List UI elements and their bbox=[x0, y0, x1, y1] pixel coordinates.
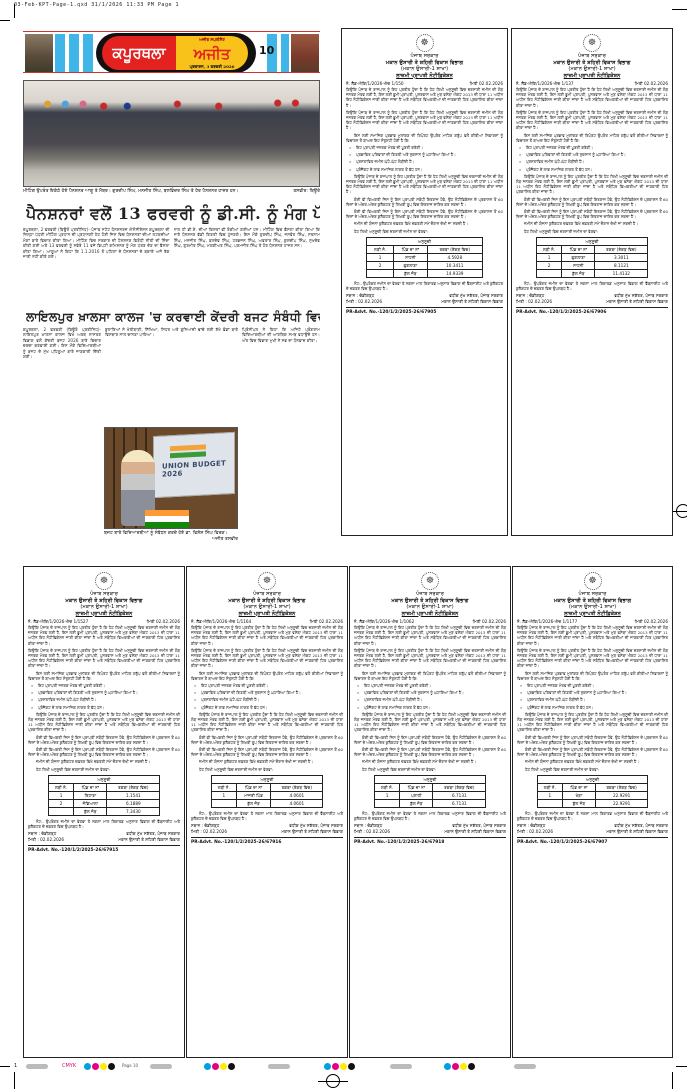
table-cell: ਸਾਹਨੀ bbox=[562, 261, 595, 269]
notice-body: ਇਸ ਲਈ ਸਮਾਜਿਕ ਪ੍ਰਭਾਵ ਮੁਲਾਂਕਣ ਦੀ ਰਿਪੋਰਟ ਉਪ… bbox=[354, 671, 506, 681]
notice-list-item: ਇਹ ਪ੍ਰਾਪਤੀ ਜਨਤਕ ਮੰਤਵ ਦੀ ਪੂਰਤੀ ਕਰੇਗੀ। bbox=[356, 145, 503, 150]
table-cell: 4.5928 bbox=[428, 253, 483, 261]
total-label: ਕੁੱਲ ਜੋੜ bbox=[562, 799, 595, 807]
print-slug: 03-Feb-KPT-Page-1.qxd 31/1/2026 11:33 PM… bbox=[14, 2, 179, 8]
notice-list-item: ਪ੍ਰਸਤਾਵਿਤ ਜ਼ਮੀਨ ਘੱਟੋ-ਘੱਟ ਲੋੜੀਂਦੀ ਹੈ। bbox=[527, 697, 668, 702]
masthead: ਕਪੂਰਥਲਾ ਅਜੀਤ ਸਪਲੀਮੈਂਟ ਅਜੀਤ ਪ੍ਰਕਾਸ਼ਨ, 3 ਫ… bbox=[23, 31, 320, 73]
total-label: ਕੁੱਲ ਜੋੜ bbox=[74, 807, 107, 815]
punjab-emblem-icon: ☸ bbox=[416, 34, 434, 52]
pr-advt-number: PR-Advt. No.-120/1/2/2025-26/67918 bbox=[354, 837, 506, 845]
pr-advt-number: PR-Advt. No.-120/1/2/2025-26/67915 bbox=[28, 845, 180, 853]
masthead-logo: ਕਪੂਰਥਲਾ ਅਜੀਤ ਸਪਲੀਮੈਂਟ ਅਜੀਤ ਪ੍ਰਕਾਸ਼ਨ, 3 ਫ… bbox=[96, 33, 256, 73]
notice-body: ਕਿਉਂਕਿ ਪੰਜਾਬ ਦੇ ਰਾਜਪਾਲ ਨੂੰ ਇਹ ਪ੍ਰਤੀਤ ਹੁੰ… bbox=[28, 625, 180, 646]
column-header: ਲੜੀ ਨੰ. bbox=[48, 783, 74, 791]
table-cell: 2 bbox=[48, 799, 74, 807]
page-number: 10 bbox=[259, 44, 274, 57]
column-header: ਲੜੀ ਨੰ. bbox=[537, 783, 562, 791]
table-header-row: ਲੜੀ ਨੰ. ਪਿੰਡ ਦਾ ਨਾਂ ਰਕਬਾ (ਏਕੜ ਵਿਚ) bbox=[367, 245, 482, 253]
notice-ref: ਨੰ. ਲੈਂਡ-ਐਕਿ/1/2026-ਐਚ 1/137 bbox=[516, 81, 574, 86]
notice-body: ਕਿਉਂਕਿ ਪੰਜਾਬ ਦੇ ਰਾਜਪਾਲ ਨੂੰ ਇਹ ਪ੍ਰਤੀਤ ਹੁੰ… bbox=[517, 625, 668, 646]
table-total-row: ਕੁੱਲ ਜੋੜ 22.9291 bbox=[537, 799, 648, 807]
notice-list-item: ਪ੍ਰਸਤਾਵਿਤ ਜ਼ਮੀਨ ਘੱਟੋ-ਘੱਟ ਲੋੜੀਂਦੀ ਹੈ। bbox=[38, 697, 180, 702]
table-cell bbox=[367, 269, 393, 277]
table-header-row: ਲੜੀ ਨੰ. ਪਿੰਡ ਦਾ ਨਾਂ ਰਕਬਾ (ਏਕੜ ਵਿਚ) bbox=[211, 783, 322, 791]
notice-body: ਕੋਈ ਵੀ ਵਿਅਕਤੀ ਜਿਸ ਨੂੰ ਇਸ ਪ੍ਰਾਪਤੀ ਸਬੰਧੀ ਇ… bbox=[516, 197, 668, 207]
total-label: ਕੁੱਲ ਜੋੜ bbox=[562, 269, 595, 277]
table-cell bbox=[374, 799, 400, 807]
notice-body: ਹੇਠ ਲਿਖੀ ਅਨੁਸੂਚੀ ਵਿਚ ਦਰਸਾਈ ਜ਼ਮੀਨ ਦਾ ਵੇਰਵ… bbox=[516, 229, 668, 234]
land-acquisition-notice: ☸ ਪੰਜਾਬ ਸਰਕਾਰ ਮਕਾਨ ਉਸਾਰੀ ਤੇ ਸ਼ਹਿਰੀ ਵਿਕਾਸ… bbox=[511, 28, 673, 536]
notice-body: ਕਿਉਂਕਿ ਪੰਜਾਬ ਦੇ ਰਾਜਪਾਲ ਨੂੰ ਇਹ ਪ੍ਰਤੀਤ ਹੁੰ… bbox=[346, 110, 503, 131]
column-header: ਪਿੰਡ ਦਾ ਨਾਂ bbox=[74, 783, 107, 791]
notice-list: ਇਹ ਪ੍ਰਾਪਤੀ ਜਨਤਕ ਮੰਤਵ ਦੀ ਪੂਰਤੀ ਕਰੇਗੀ। ਪ੍ਰ… bbox=[191, 683, 343, 710]
notice-title: ਲਾਜ਼ਮੀ ਪ੍ਰਾਪਤੀ ਨੋਟੀਫ਼ਿਕੇਸ਼ਨ bbox=[516, 73, 668, 80]
notice-body: ਕਿਉਂਕਿ ਪੰਜਾਬ ਦੇ ਰਾਜਪਾਲ ਨੂੰ ਇਹ ਪ੍ਰਤੀਤ ਹੁੰ… bbox=[517, 712, 668, 733]
table-cell: ਮਾਜਰੀ ਪਿੰਡ bbox=[236, 791, 271, 799]
notice-list-item: ਪ੍ਰਭਾਵਿਤ ਪਰਿਵਾਰਾਂ ਦੀ ਗਿਣਤੀ ਅਤੇ ਨੁਕਸਾਨ ਨੂ… bbox=[364, 690, 506, 695]
notice-ref: ਨੰ. ਲੈਂਡ-ਐਕਿ/1/2026-ਐਚ 1/1164 bbox=[191, 619, 251, 624]
total-value: 7.3430 bbox=[107, 807, 160, 815]
notice-body: ਜ਼ਮੀਨ ਦੀ ਯੋਜਨਾ ਕੁਲੈਕਟਰ ਦਫ਼ਤਰ ਵਿਖੇ ਦਫ਼ਤਰੀ… bbox=[346, 221, 503, 226]
notice-ref-row: ਨੰ. ਲੈਂਡ-ਐਕਿ/1/2026-ਐਚ 1/1062 ਮਿਤੀ 02.02… bbox=[354, 619, 506, 624]
table-total-row: ਕੁੱਲ ਜੋੜ 4.0601 bbox=[211, 799, 322, 807]
masthead-paper: ਅਜੀਤ ਸਪਲੀਮੈਂਟ ਅਜੀਤ ਪ੍ਰਕਾਸ਼ਨ, 3 ਫਰਵਰੀ 202… bbox=[176, 36, 248, 70]
color-dot bbox=[460, 1063, 467, 1070]
notice-list-item: ਪ੍ਰੋਜੈਕਟ ਦੇ ਲਾਭ ਸਮਾਜਿਕ ਲਾਗਤ ਤੋਂ ਵੱਧ ਹਨ। bbox=[201, 705, 343, 710]
notice-list: ਇਹ ਪ੍ਰਾਪਤੀ ਜਨਤਕ ਮੰਤਵ ਦੀ ਪੂਰਤੀ ਕਰੇਗੀ। ਪ੍ਰ… bbox=[346, 145, 503, 172]
notice-body: ਕਿਉਂਕਿ ਪੰਜਾਬ ਦੇ ਰਾਜਪਾਲ ਨੂੰ ਇਹ ਪ੍ਰਤੀਤ ਹੁੰ… bbox=[516, 87, 668, 108]
table-cell: 22.9291 bbox=[595, 791, 647, 799]
notice-list: ਇਹ ਪ੍ਰਾਪਤੀ ਜਨਤਕ ਮੰਤਵ ਦੀ ਪੂਰਤੀ ਕਰੇਗੀ। ਪ੍ਰ… bbox=[517, 683, 668, 710]
photo-credit: ਤਸਵੀਰ: ਬਿਊਰੋ bbox=[293, 189, 320, 195]
signature-row: ਮਿਤੀ : 02.02.2026 ਮਕਾਨ ਉਸਾਰੀ ਤੇ ਸ਼ਹਿਰੀ ਵ… bbox=[191, 829, 343, 834]
cmyk-dots bbox=[204, 1063, 235, 1070]
notice-list: ਇਹ ਪ੍ਰਾਪਤੀ ਜਨਤਕ ਮੰਤਵ ਦੀ ਪੂਰਤੀ ਕਰੇਗੀ। ਪ੍ਰ… bbox=[354, 683, 506, 710]
notice-list-item: ਇਹ ਪ੍ਰਾਪਤੀ ਜਨਤਕ ਮੰਤਵ ਦੀ ਪੂਰਤੀ ਕਰੇਗੀ। bbox=[526, 145, 668, 150]
table-cell: 10.3411 bbox=[428, 261, 483, 269]
notice-list-item: ਪ੍ਰਸਤਾਵਿਤ ਜ਼ਮੀਨ ਘੱਟੋ-ਘੱਟ ਲੋੜੀਂਦੀ ਹੈ। bbox=[201, 697, 343, 702]
schedule-table: ਅਨੁਸੂਚੀ ਲੜੀ ਨੰ. ਪਿੰਡ ਦਾ ਨਾਂ ਰਕਬਾ (ਏਕੜ ਵਿ… bbox=[48, 775, 160, 816]
column-header: ਪਿੰਡ ਦਾ ਨਾਂ bbox=[400, 783, 433, 791]
masthead-date: ਪ੍ਰਕਾਸ਼ਨ, 3 ਫਰਵਰੀ 2026 bbox=[176, 64, 248, 69]
table-cell: 4.0601 bbox=[271, 791, 323, 799]
pr-advt-number: PR-Advt. No.-120/1/2/2025-26/67905 bbox=[346, 307, 503, 315]
schedule-table: ਅਨੁਸੂਚੀ ਲੜੀ ਨੰ. ਪਿੰਡ ਦਾ ਨਾਂ ਰਕਬਾ (ਏਕੜ ਵਿ… bbox=[537, 775, 649, 808]
headline-pensioners: ਪੈਨਸ਼ਨਰਾਂ ਵਲੋਂ 13 ਫਰਵਰੀ ਨੂੰ ਡੀ.ਸੀ. ਨੂੰ ਮ… bbox=[26, 204, 320, 224]
signer-dept: ਮਕਾਨ ਉਸਾਰੀ ਤੇ ਸ਼ਹਿਰੀ ਵਿਕਾਸ ਵਿਭਾਗ bbox=[606, 299, 668, 304]
notice-body: ਕੋਈ ਵੀ ਵਿਅਕਤੀ ਜਿਸ ਨੂੰ ਇਸ ਪ੍ਰਾਪਤੀ ਸਬੰਧੀ ਇ… bbox=[346, 197, 503, 207]
crop-mark bbox=[672, 9, 687, 10]
notice-date: ਮਿਤੀ 02.02.2026 bbox=[147, 619, 180, 624]
color-dot bbox=[84, 1063, 91, 1070]
table-cell: ਖੇੜਾ bbox=[562, 791, 595, 799]
masthead-left-photo bbox=[25, 34, 53, 72]
column-header: ਰਕਬਾ (ਏਕੜ ਵਿਚ) bbox=[595, 783, 647, 791]
table-cell: 1 bbox=[537, 791, 562, 799]
gray-swatch bbox=[390, 1064, 412, 1069]
notice-list: ਇਹ ਪ੍ਰਾਪਤੀ ਜਨਤਕ ਮੰਤਵ ਦੀ ਪੂਰਤੀ ਕਰੇਗੀ। ਪ੍ਰ… bbox=[28, 683, 180, 710]
table-cell: 1 bbox=[536, 253, 562, 261]
table-row: 1ਮਾਜਰੀ ਪਿੰਡ4.0601 bbox=[211, 791, 322, 799]
cmyk-dots bbox=[324, 1063, 355, 1070]
cmyk-dots bbox=[444, 1063, 475, 1070]
story1-column: ਨਾਲ ਹੀ ਡੀ.ਏ. ਦੀਆਂ ਕਿਸ਼ਤਾਂ ਵੀ ਰੋਕੀਆਂ ਗਈਆਂ… bbox=[174, 227, 321, 307]
table-cell: ਪਲਾਹੀ bbox=[400, 791, 433, 799]
color-dot bbox=[220, 1063, 227, 1070]
table-row: 1ਫ਼ੁਗਲਾਣਾ3.3011 bbox=[536, 253, 647, 261]
table-cell bbox=[536, 269, 562, 277]
notice-list-item: ਪ੍ਰਭਾਵਿਤ ਪਰਿਵਾਰਾਂ ਦੀ ਗਿਣਤੀ ਅਤੇ ਨੁਕਸਾਨ ਨੂ… bbox=[356, 152, 503, 157]
table-total-row: ਕੁੱਲ ਜੋੜ 11.4132 bbox=[536, 269, 647, 277]
color-dot bbox=[332, 1063, 339, 1070]
crop-mark bbox=[0, 20, 10, 21]
schedule-table: ਅਨੁਸੂਚੀ ਲੜੀ ਨੰ. ਪਿੰਡ ਦਾ ਨਾਂ ਰਕਬਾ (ਏਕੜ ਵਿ… bbox=[536, 237, 648, 278]
column-header: ਲੜੀ ਨੰ. bbox=[211, 783, 236, 791]
story2-column: ਕਪੂਰਥਲਾ, 2 ਫਰਵਰੀ (ਬਿਊਰੋ ਪ੍ਰਤੀਨਿਧ)- ਲਾਇਲਪ… bbox=[23, 327, 101, 557]
punjab-emblem-icon: ☸ bbox=[95, 572, 113, 590]
table-cell: 2 bbox=[536, 261, 562, 269]
notice-note: ਨੋਟ:- ਉਪਰੋਕਤ ਜ਼ਮੀਨ ਦਾ ਵੇਰਵਾ ਤੇ ਨਕਸ਼ਾ ਮਾਲ… bbox=[28, 819, 180, 829]
slide-graphic bbox=[170, 451, 206, 458]
registration-crosshair bbox=[672, 511, 687, 512]
total-value: 22.9291 bbox=[595, 799, 647, 807]
column-header: ਰਕਬਾ (ਏਕੜ ਵਿਚ) bbox=[428, 245, 483, 253]
page-label: Page 10 bbox=[122, 1063, 138, 1068]
notice-sign-date: ਮਿਤੀ : 02.02.2026 bbox=[346, 299, 382, 304]
table-cell: ਜੰਡਿਆਲਾ bbox=[74, 799, 107, 807]
notice-sign-date: ਮਿਤੀ : 02.02.2026 bbox=[517, 829, 553, 834]
notice-list-item: ਇਹ ਪ੍ਰਾਪਤੀ ਜਨਤਕ ਮੰਤਵ ਦੀ ਪੂਰਤੀ ਕਰੇਗੀ। bbox=[38, 683, 180, 688]
notice-body: ਕੋਈ ਵੀ ਵਿਅਕਤੀ ਜਿਸ ਨੂੰ ਇਸ ਪ੍ਰਾਪਤੀ ਸਬੰਧੀ ਇ… bbox=[346, 209, 503, 219]
page-indicator: 1 bbox=[14, 1063, 17, 1069]
projector-screen: UNION BUDGET 2026 bbox=[153, 432, 235, 498]
cmyk-dots bbox=[84, 1063, 115, 1070]
notice-list: ਇਹ ਪ੍ਰਾਪਤੀ ਜਨਤਕ ਮੰਤਵ ਦੀ ਪੂਰਤੀ ਕਰੇਗੀ। ਪ੍ਰ… bbox=[516, 145, 668, 172]
column-header: ਲੜੀ ਨੰ. bbox=[536, 245, 562, 253]
column-header: ਪਿੰਡ ਦਾ ਨਾਂ bbox=[562, 783, 595, 791]
notice-body: ਕੋਈ ਵੀ ਵਿਅਕਤੀ ਜਿਸ ਨੂੰ ਇਸ ਪ੍ਰਾਪਤੀ ਸਬੰਧੀ ਇ… bbox=[191, 735, 343, 745]
signature-row: ਮਿਤੀ : 02.02.2026 ਮਕਾਨ ਉਸਾਰੀ ਤੇ ਸ਼ਹਿਰੀ ਵ… bbox=[517, 829, 668, 834]
table-cell: ਫ਼ੁਗਲਾਣਾ bbox=[562, 253, 595, 261]
total-label: ਕੁੱਲ ਜੋੜ bbox=[236, 799, 271, 807]
notice-body: ਹੇਠ ਲਿਖੀ ਅਨੁਸੂਚੀ ਵਿਚ ਦਰਸਾਈ ਜ਼ਮੀਨ ਦਾ ਵੇਰਵ… bbox=[28, 767, 180, 772]
land-acquisition-notice: ☸ ਪੰਜਾਬ ਸਰਕਾਰ ਮਕਾਨ ਉਸਾਰੀ ਤੇ ਸ਼ਹਿਰੀ ਵਿਕਾਸ… bbox=[349, 566, 511, 1058]
budget-lecture-photo: UNION BUDGET 2026 bbox=[104, 427, 238, 529]
signer-dept: ਮਕਾਨ ਉਸਾਰੀ ਤੇ ਸ਼ਹਿਰੀ ਵਿਕਾਸ ਵਿਭਾਗ bbox=[441, 299, 503, 304]
schedule-table: ਅਨੁਸੂਚੀ ਲੜੀ ਨੰ. ਪਿੰਡ ਦਾ ਨਾਂ ਰਕਬਾ (ਏਕੜ ਵਿ… bbox=[374, 775, 486, 808]
total-value: 4.0601 bbox=[271, 799, 323, 807]
signer-dept: ਮਕਾਨ ਉਸਾਰੀ ਤੇ ਸ਼ਹਿਰੀ ਵਿਕਾਸ ਵਿਭਾਗ bbox=[444, 829, 506, 834]
crop-mark bbox=[672, 1072, 673, 1089]
notice-body: ਕੋਈ ਵੀ ਵਿਅਕਤੀ ਜਿਸ ਨੂੰ ਇਸ ਪ੍ਰਾਪਤੀ ਸਬੰਧੀ ਇ… bbox=[517, 735, 668, 745]
land-acquisition-notice: ☸ ਪੰਜਾਬ ਸਰਕਾਰ ਮਕਾਨ ਉਸਾਰੀ ਤੇ ਸ਼ਹਿਰੀ ਵਿਕਾਸ… bbox=[512, 566, 673, 1058]
total-value: 6.7131 bbox=[433, 799, 486, 807]
color-dot bbox=[324, 1063, 331, 1070]
table-cell: 2 bbox=[367, 261, 393, 269]
table-header-row: ਲੜੀ ਨੰ. ਪਿੰਡ ਦਾ ਨਾਂ ਰਕਬਾ (ਏਕੜ ਵਿਚ) bbox=[536, 245, 647, 253]
gray-swatch bbox=[514, 1064, 536, 1069]
notice-list-item: ਇਹ ਪ੍ਰਾਪਤੀ ਜਨਤਕ ਮੰਤਵ ਦੀ ਪੂਰਤੀ ਕਰੇਗੀ। bbox=[364, 683, 506, 688]
table-caption: ਅਨੁਸੂਚੀ bbox=[211, 775, 323, 783]
notice-ref-row: ਨੰ. ਲੈਂਡ-ਐਕਿ/1/2026-ਐਚ 1/150 ਮਿਤੀ 02.02.… bbox=[346, 81, 503, 86]
table-cell: 3.3011 bbox=[595, 253, 648, 261]
table-header-row: ਲੜੀ ਨੰ. ਪਿੰਡ ਦਾ ਨਾਂ ਰਕਬਾ (ਏਕੜ ਵਿਚ) bbox=[537, 783, 648, 791]
notice-body: ਜ਼ਮੀਨ ਦੀ ਯੋਜਨਾ ਕੁਲੈਕਟਰ ਦਫ਼ਤਰ ਵਿਖੇ ਦਫ਼ਤਰੀ… bbox=[28, 759, 180, 764]
table-cell bbox=[48, 807, 74, 815]
caption-text: ਮੀਟਿੰਗ ਉਪਰੰਤ ਇਕੱਠੇ ਹੋਏ ਪੈਨਸ਼ਨਰ ਆਗੂ ਤੇ ਮੈ… bbox=[23, 189, 239, 194]
notice-list-item: ਇਹ ਪ੍ਰਾਪਤੀ ਜਨਤਕ ਮੰਤਵ ਦੀ ਪੂਰਤੀ ਕਰੇਗੀ। bbox=[527, 683, 668, 688]
total-value: 14.9339 bbox=[428, 269, 483, 277]
notice-date: ਮਿਤੀ 02.02.2026 bbox=[473, 619, 506, 624]
punjab-emblem-icon: ☸ bbox=[583, 34, 601, 52]
color-dot bbox=[452, 1063, 459, 1070]
schedule-table: ਅਨੁਸੂਚੀ ਲੜੀ ਨੰ. ਪਿੰਡ ਦਾ ਨਾਂ ਰਕਬਾ (ਏਕੜ ਵਿ… bbox=[211, 775, 323, 808]
table-header-row: ਲੜੀ ਨੰ. ਪਿੰਡ ਦਾ ਨਾਂ ਰਕਬਾ (ਏਕੜ ਵਿਚ) bbox=[374, 783, 485, 791]
signature-row: ਮਿਤੀ : 02.02.2026 ਮਕਾਨ ਉਸਾਰੀ ਤੇ ਸ਼ਹਿਰੀ ਵ… bbox=[354, 829, 506, 834]
photo-caption: ਬਜਟ ਬਾਰੇ ਵਿਦਿਆਰਥੀਆਂ ਨੂੰ ਸੰਬੋਧਨ ਕਰਦੇ ਹੋਏ … bbox=[104, 531, 238, 543]
notice-body: ਕਿਉਂਕਿ ਪੰਜਾਬ ਦੇ ਰਾਜਪਾਲ ਨੂੰ ਇਹ ਪ੍ਰਤੀਤ ਹੁੰ… bbox=[517, 648, 668, 669]
notice-note: ਨੋਟ:- ਉਪਰੋਕਤ ਜ਼ਮੀਨ ਦਾ ਵੇਰਵਾ ਤੇ ਨਕਸ਼ਾ ਮਾਲ… bbox=[517, 811, 668, 821]
notice-date: ਮਿਤੀ 02.02.2026 bbox=[635, 619, 668, 624]
crop-mark bbox=[0, 1066, 10, 1067]
table-cell: ਸਾਹਨੀ bbox=[393, 253, 427, 261]
notice-body: ਹੇਠ ਲਿਖੀ ਅਨੁਸੂਚੀ ਵਿਚ ਦਰਸਾਈ ਜ਼ਮੀਨ ਦਾ ਵੇਰਵ… bbox=[191, 767, 343, 772]
gray-swatch bbox=[268, 1064, 290, 1069]
column-header: ਰਕਬਾ (ਏਕੜ ਵਿਚ) bbox=[595, 245, 648, 253]
table-cell: ਰਿਹਾਣਾ bbox=[74, 791, 107, 799]
notice-date: ਮਿਤੀ 02.02.2026 bbox=[310, 619, 343, 624]
notice-body: ਇਸ ਲਈ ਸਮਾਜਿਕ ਪ੍ਰਭਾਵ ਮੁਲਾਂਕਣ ਦੀ ਰਿਪੋਰਟ ਉਪ… bbox=[28, 671, 180, 681]
table-caption: ਅਨੁਸੂਚੀ bbox=[536, 237, 648, 245]
table-total-row: ਕੁੱਲ ਜੋੜ 6.7131 bbox=[374, 799, 485, 807]
table-total-row: ਕੁੱਲ ਜੋੜ 14.9339 bbox=[367, 269, 482, 277]
notice-note: ਨੋਟ:- ਉਪਰੋਕਤ ਜ਼ਮੀਨ ਦਾ ਵੇਰਵਾ ਤੇ ਨਕਸ਼ਾ ਮਾਲ… bbox=[191, 811, 343, 821]
table-caption: ਅਨੁਸੂਚੀ bbox=[537, 775, 649, 783]
masthead-pattern-left bbox=[55, 34, 95, 72]
signer-dept: ਮਕਾਨ ਉਸਾਰੀ ਤੇ ਸ਼ਹਿਰੀ ਵਿਕਾਸ ਵਿਭਾਗ bbox=[606, 829, 668, 834]
notice-body: ਕੋਈ ਵੀ ਵਿਅਕਤੀ ਜਿਸ ਨੂੰ ਇਸ ਪ੍ਰਾਪਤੀ ਸਬੰਧੀ ਇ… bbox=[191, 747, 343, 757]
notice-ref-row: ਨੰ. ਲੈਂਡ-ਐਕਿ/1/2026-ਐਚ 1/1177 ਮਿਤੀ 02.02… bbox=[517, 619, 668, 624]
print-color-bar: 1 CMYK Page 10 bbox=[14, 1063, 674, 1071]
notice-note: ਨੋਟ:- ਉਪਰੋਕਤ ਜ਼ਮੀਨ ਦਾ ਵੇਰਵਾ ਤੇ ਨਕਸ਼ਾ ਮਾਲ… bbox=[346, 281, 503, 291]
notice-body: ਹੇਠ ਲਿਖੀ ਅਨੁਸੂਚੀ ਵਿਚ ਦਰਸਾਈ ਜ਼ਮੀਨ ਦਾ ਵੇਰਵ… bbox=[517, 767, 668, 772]
table-header-row: ਲੜੀ ਨੰ. ਪਿੰਡ ਦਾ ਨਾਂ ਰਕਬਾ (ਏਕੜ ਵਿਚ) bbox=[48, 783, 159, 791]
color-dot bbox=[444, 1063, 451, 1070]
notice-body: ਕਿਉਂਕਿ ਪੰਜਾਬ ਦੇ ਰਾਜਪਾਲ ਨੂੰ ਇਹ ਪ੍ਰਤੀਤ ਹੁੰ… bbox=[346, 87, 503, 108]
pr-advt-number: PR-Advt. No.-120/1/2/2025-26/67916 bbox=[191, 837, 343, 845]
slide-graphic bbox=[170, 444, 206, 451]
headline-budget: ਲਾਇਲਪੁਰ ਖ਼ਾਲਸਾ ਕਾਲਜ 'ਚ ਕਰਵਾਈ ਕੇਂਦਰੀ ਬਜਟ … bbox=[26, 310, 320, 325]
total-label: ਕੁੱਲ ਜੋੜ bbox=[400, 799, 433, 807]
notice-list-item: ਪ੍ਰਭਾਵਿਤ ਪਰਿਵਾਰਾਂ ਦੀ ਗਿਣਤੀ ਅਤੇ ਨੁਕਸਾਨ ਨੂ… bbox=[38, 690, 180, 695]
masthead-paper-name: ਅਜੀਤ bbox=[194, 45, 231, 63]
notice-body: ਇਸ ਲਈ ਸਮਾਜਿਕ ਪ੍ਰਭਾਵ ਮੁਲਾਂਕਣ ਦੀ ਰਿਪੋਰਟ ਉਪ… bbox=[517, 671, 668, 681]
notice-list-item: ਪ੍ਰੋਜੈਕਟ ਦੇ ਲਾਭ ਸਮਾਜਿਕ ਲਾਗਤ ਤੋਂ ਵੱਧ ਹਨ। bbox=[38, 705, 180, 710]
table-cell: 1 bbox=[367, 253, 393, 261]
table-row: 1ਖੇੜਾ22.9291 bbox=[537, 791, 648, 799]
notice-body: ਕੋਈ ਵੀ ਵਿਅਕਤੀ ਜਿਸ ਨੂੰ ਇਸ ਪ੍ਰਾਪਤੀ ਸਬੰਧੀ ਇ… bbox=[354, 747, 506, 757]
notice-ref: ਨੰ. ਲੈਂਡ-ਐਕਿ/1/2026-ਐਚ 1/1062 bbox=[354, 619, 414, 624]
schedule-table: ਅਨੁਸੂਚੀ ਲੜੀ ਨੰ. ਪਿੰਡ ਦਾ ਨਾਂ ਰਕਬਾ (ਏਕੜ ਵਿ… bbox=[366, 237, 482, 278]
notice-ref-row: ਨੰ. ਲੈਂਡ-ਐਕਿ/1/2026-ਐਚ 1/1527 ਮਿਤੀ 02.02… bbox=[28, 619, 180, 624]
gray-swatch bbox=[150, 1064, 172, 1069]
punjab-emblem-icon: ☸ bbox=[421, 572, 439, 590]
pensioners-group-photo bbox=[23, 80, 320, 187]
notice-title: ਲਾਜ਼ਮੀ ਪ੍ਰਾਪਤੀ ਨੋਟੀਫ਼ਿਕੇਸ਼ਨ bbox=[191, 611, 343, 618]
notice-title: ਲਾਜ਼ਮੀ ਪ੍ਰਾਪਤੀ ਨੋਟੀਫ਼ਿਕੇਸ਼ਨ bbox=[28, 611, 180, 618]
table-caption: ਅਨੁਸੂਚੀ bbox=[366, 237, 482, 245]
notice-body: ਕਿਉਂਕਿ ਪੰਜਾਬ ਦੇ ਰਾਜਪਾਲ ਨੂੰ ਇਹ ਪ੍ਰਤੀਤ ਹੁੰ… bbox=[346, 174, 503, 195]
notice-sign-date: ਮਿਤੀ : 02.02.2026 bbox=[28, 837, 64, 842]
notice-body: ਇਸ ਲਈ ਸਮਾਜਿਕ ਪ੍ਰਭਾਵ ਮੁਲਾਂਕਣ ਦੀ ਰਿਪੋਰਟ ਉਪ… bbox=[191, 671, 343, 681]
signature-row: ਮਿਤੀ : 02.02.2026 ਮਕਾਨ ਉਸਾਰੀ ਤੇ ਸ਼ਹਿਰੀ ਵ… bbox=[28, 837, 180, 842]
notice-body: ਕਿਉਂਕਿ ਪੰਜਾਬ ਦੇ ਰਾਜਪਾਲ ਨੂੰ ਇਹ ਪ੍ਰਤੀਤ ਹੁੰ… bbox=[28, 648, 180, 669]
total-value: 11.4132 bbox=[595, 269, 648, 277]
table-row: 2ਸਾਹਨੀ8.1121 bbox=[536, 261, 647, 269]
notice-body: ਇਸ ਲਈ ਸਮਾਜਿਕ ਪ੍ਰਭਾਵ ਮੁਲਾਂਕਣ ਦੀ ਰਿਪੋਰਟ ਉਪ… bbox=[516, 133, 668, 143]
notice-ref: ਨੰ. ਲੈਂਡ-ਐਕਿ/1/2026-ਐਚ 1/1527 bbox=[28, 619, 88, 624]
notice-body: ਇਸ ਲਈ ਸਮਾਜਿਕ ਪ੍ਰਭਾਵ ਮੁਲਾਂਕਣ ਦੀ ਰਿਪੋਰਟ ਉਪ… bbox=[346, 133, 503, 143]
table-total-row: ਕੁੱਲ ਜੋੜ 7.3430 bbox=[48, 807, 159, 815]
column-header: ਪਿੰਡ ਦਾ ਨਾਂ bbox=[236, 783, 271, 791]
punjab-emblem-icon: ☸ bbox=[258, 572, 276, 590]
notice-body: ਜ਼ਮੀਨ ਦੀ ਯੋਜਨਾ ਕੁਲੈਕਟਰ ਦਫ਼ਤਰ ਵਿਖੇ ਦਫ਼ਤਰੀ… bbox=[516, 221, 668, 226]
punjab-emblem-icon: ☸ bbox=[584, 572, 602, 590]
notice-title: ਲਾਜ਼ਮੀ ਪ੍ਰਾਪਤੀ ਨੋਟੀਫ਼ਿਕੇਸ਼ਨ bbox=[354, 611, 506, 618]
table-cell: 1 bbox=[211, 791, 236, 799]
table-row: 2ਫ਼ੁਗਲਾਣਾ10.3411 bbox=[367, 261, 482, 269]
notice-body: ਕਿਉਂਕਿ ਪੰਜਾਬ ਦੇ ਰਾਜਪਾਲ ਨੂੰ ਇਹ ਪ੍ਰਤੀਤ ਹੁੰ… bbox=[191, 712, 343, 733]
photo-caption: ਮੀਟਿੰਗ ਉਪਰੰਤ ਇਕੱਠੇ ਹੋਏ ਪੈਨਸ਼ਨਰ ਆਗੂ ਤੇ ਮੈ… bbox=[23, 189, 320, 195]
notice-body: ਕਿਉਂਕਿ ਪੰਜਾਬ ਦੇ ਰਾਜਪਾਲ ਨੂੰ ਇਹ ਪ੍ਰਤੀਤ ਹੁੰ… bbox=[516, 110, 668, 131]
crop-mark bbox=[676, 1066, 687, 1067]
signer-dept: ਮਕਾਨ ਉਸਾਰੀ ਤੇ ਸ਼ਹਿਰੀ ਵਿਕਾਸ ਵਿਭਾਗ bbox=[281, 829, 343, 834]
table-cell bbox=[537, 799, 562, 807]
notice-note: ਨੋਟ:- ਉਪਰੋਕਤ ਜ਼ਮੀਨ ਦਾ ਵੇਰਵਾ ਤੇ ਨਕਸ਼ਾ ਮਾਲ… bbox=[516, 281, 668, 291]
story1-body: ਕਪੂਰਥਲਾ, 2 ਫਰਵਰੀ (ਬਿਊਰੋ ਪ੍ਰਤੀਨਿਧ)- ਪੰਜਾਬ… bbox=[23, 227, 320, 307]
story2-column: ਬੁਲਾਰਿਆਂ ਨੇ ਖੇਤੀਬਾੜੀ, ਸਿੱਖਿਆ, ਸਿਹਤ ਅਤੇ ਬ… bbox=[105, 327, 238, 341]
photo-credit: ਅਜੀਤ ਤਸਵੀਰ bbox=[212, 537, 238, 543]
notice-list-item: ਪ੍ਰਸਤਾਵਿਤ ਜ਼ਮੀਨ ਘੱਟੋ-ਘੱਟ ਲੋੜੀਂਦੀ ਹੈ। bbox=[356, 159, 503, 164]
table-cell: 8.1121 bbox=[595, 261, 648, 269]
notice-list-item: ਪ੍ਰਭਾਵਿਤ ਪਰਿਵਾਰਾਂ ਦੀ ਗਿਣਤੀ ਅਤੇ ਨੁਕਸਾਨ ਨੂ… bbox=[201, 690, 343, 695]
notice-date: ਮਿਤੀ 02.02.2026 bbox=[635, 81, 668, 86]
notice-list-item: ਇਹ ਪ੍ਰਾਪਤੀ ਜਨਤਕ ਮੰਤਵ ਦੀ ਪੂਰਤੀ ਕਰੇਗੀ। bbox=[201, 683, 343, 688]
notice-body: ਹੇਠ ਲਿਖੀ ਅਨੁਸੂਚੀ ਵਿਚ ਦਰਸਾਈ ਜ਼ਮੀਨ ਦਾ ਵੇਰਵ… bbox=[354, 767, 506, 772]
notice-list-item: ਪ੍ਰਭਾਵਿਤ ਪਰਿਵਾਰਾਂ ਦੀ ਗਿਣਤੀ ਅਤੇ ਨੁਕਸਾਨ ਨੂ… bbox=[526, 152, 668, 157]
gray-swatch bbox=[26, 1064, 48, 1069]
notice-ref-row: ਨੰ. ਲੈਂਡ-ਐਕਿ/1/2026-ਐਚ 1/1164 ਮਿਤੀ 02.02… bbox=[191, 619, 343, 624]
column-header: ਲੜੀ ਨੰ. bbox=[374, 783, 400, 791]
column-header: ਪਿੰਡ ਦਾ ਨਾਂ bbox=[562, 245, 595, 253]
notice-body: ਕਿਉਂਕਿ ਪੰਜਾਬ ਦੇ ਰਾਜਪਾਲ ਨੂੰ ਇਹ ਪ੍ਰਤੀਤ ਹੁੰ… bbox=[28, 712, 180, 733]
color-dot bbox=[108, 1063, 115, 1070]
table-cell: 6.7131 bbox=[433, 791, 486, 799]
notice-body: ਕਿਉਂਕਿ ਪੰਜਾਬ ਦੇ ਰਾਜਪਾਲ ਨੂੰ ਇਹ ਪ੍ਰਤੀਤ ਹੁੰ… bbox=[354, 712, 506, 733]
column-header: ਰਕਬਾ (ਏਕੜ ਵਿਚ) bbox=[107, 783, 160, 791]
slide-text: UNION BUDGET 2026 bbox=[162, 459, 234, 479]
table-cell: 1 bbox=[48, 791, 74, 799]
notice-sign-date: ਮਿਤੀ : 02.02.2026 bbox=[516, 299, 552, 304]
color-dot bbox=[468, 1063, 475, 1070]
notice-list-item: ਪ੍ਰੋਜੈਕਟ ਦੇ ਲਾਭ ਸਮਾਜਿਕ ਲਾਗਤ ਤੋਂ ਵੱਧ ਹਨ। bbox=[526, 167, 668, 172]
notice-body: ਕਿਉਂਕਿ ਪੰਜਾਬ ਦੇ ਰਾਜਪਾਲ ਨੂੰ ਇਹ ਪ੍ਰਤੀਤ ਹੁੰ… bbox=[191, 648, 343, 669]
notice-ref: ਨੰ. ਲੈਂਡ-ਐਕਿ/1/2026-ਐਚ 1/150 bbox=[346, 81, 404, 86]
column-header: ਪਿੰਡ ਦਾ ਨਾਂ bbox=[393, 245, 427, 253]
signature-row: ਮਿਤੀ : 02.02.2026 ਮਕਾਨ ਉਸਾਰੀ ਤੇ ਸ਼ਹਿਰੀ ਵ… bbox=[346, 299, 503, 304]
notice-body: ਜ਼ਮੀਨ ਦੀ ਯੋਜਨਾ ਕੁਲੈਕਟਰ ਦਫ਼ਤਰ ਵਿਖੇ ਦਫ਼ਤਰੀ… bbox=[517, 759, 668, 764]
notice-sign-date: ਮਿਤੀ : 02.02.2026 bbox=[191, 829, 227, 834]
pr-advt-number: PR-Advt. No.-120/1/2/2025-26/67906 bbox=[516, 307, 668, 315]
table-caption: ਅਨੁਸੂਚੀ bbox=[48, 775, 160, 783]
masthead-city: ਕਪੂਰਥਲਾ bbox=[102, 36, 176, 70]
column-header: ਰਕਬਾ (ਏਕੜ ਵਿਚ) bbox=[433, 783, 486, 791]
color-dot bbox=[228, 1063, 235, 1070]
notice-body: ਕਿਉਂਕਿ ਪੰਜਾਬ ਦੇ ਰਾਜਪਾਲ ਨੂੰ ਇਹ ਪ੍ਰਤੀਤ ਹੁੰ… bbox=[516, 174, 668, 195]
notice-list-item: ਪ੍ਰਸਤਾਵਿਤ ਜ਼ਮੀਨ ਘੱਟੋ-ਘੱਟ ਲੋੜੀਂਦੀ ਹੈ। bbox=[526, 159, 668, 164]
color-dot bbox=[204, 1063, 211, 1070]
signature-row: ਮਿਤੀ : 02.02.2026 ਮਕਾਨ ਉਸਾਰੀ ਤੇ ਸ਼ਹਿਰੀ ਵ… bbox=[516, 299, 668, 304]
color-dot bbox=[100, 1063, 107, 1070]
notice-body: ਕਿਉਂਕਿ ਪੰਜਾਬ ਦੇ ਰਾਜਪਾਲ ਨੂੰ ਇਹ ਪ੍ਰਤੀਤ ਹੁੰ… bbox=[354, 648, 506, 669]
land-acquisition-notice: ☸ ਪੰਜਾਬ ਸਰਕਾਰ ਮਕਾਨ ਉਸਾਰੀ ਤੇ ਸ਼ਹਿਰੀ ਵਿਕਾਸ… bbox=[341, 28, 508, 536]
table-row: 1ਰਿਹਾਣਾ1.1541 bbox=[48, 791, 159, 799]
notice-list-item: ਪ੍ਰੋਜੈਕਟ ਦੇ ਲਾਭ ਸਮਾਜਿਕ ਲਾਗਤ ਤੋਂ ਵੱਧ ਹਨ। bbox=[527, 705, 668, 710]
table-row: 1ਸਾਹਨੀ4.5928 bbox=[367, 253, 482, 261]
notice-list-item: ਪ੍ਰਸਤਾਵਿਤ ਜ਼ਮੀਨ ਘੱਟੋ-ਘੱਟ ਲੋੜੀਂਦੀ ਹੈ। bbox=[364, 697, 506, 702]
table-cell bbox=[211, 799, 236, 807]
notice-body: ਜ਼ਮੀਨ ਦੀ ਯੋਜਨਾ ਕੁਲੈਕਟਰ ਦਫ਼ਤਰ ਵਿਖੇ ਦਫ਼ਤਰੀ… bbox=[354, 759, 506, 764]
crop-mark bbox=[14, 1072, 15, 1089]
flag-decoration bbox=[145, 510, 189, 528]
notice-list-item: ਪ੍ਰੋਜੈਕਟ ਦੇ ਲਾਭ ਸਮਾਜਿਕ ਲਾਗਤ ਤੋਂ ਵੱਧ ਹਨ। bbox=[356, 167, 503, 172]
color-dot bbox=[212, 1063, 219, 1070]
table-cell: 6.1889 bbox=[107, 799, 160, 807]
column-header: ਰਕਬਾ (ਏਕੜ ਵਿਚ) bbox=[271, 783, 323, 791]
table-caption: ਅਨੁਸੂਚੀ bbox=[374, 775, 486, 783]
notice-body: ਕੋਈ ਵੀ ਵਿਅਕਤੀ ਜਿਸ ਨੂੰ ਇਸ ਪ੍ਰਾਪਤੀ ਸਬੰਧੀ ਇ… bbox=[354, 735, 506, 745]
notice-list-item: ਪ੍ਰੋਜੈਕਟ ਦੇ ਲਾਭ ਸਮਾਜਿਕ ਲਾਗਤ ਤੋਂ ਵੱਧ ਹਨ। bbox=[364, 705, 506, 710]
caption-text: ਬਜਟ ਬਾਰੇ ਵਿਦਿਆਰਥੀਆਂ ਨੂੰ ਸੰਬੋਧਨ ਕਰਦੇ ਹੋਏ … bbox=[104, 531, 228, 536]
table-cell: 1.1541 bbox=[107, 791, 160, 799]
masthead-supplement: ਅਜੀਤ ਸਪਲੀਮੈਂਟ bbox=[176, 37, 248, 42]
column-header: ਲੜੀ ਨੰ. bbox=[367, 245, 393, 253]
notice-body: ਕਿਉਂਕਿ ਪੰਜਾਬ ਦੇ ਰਾਜਪਾਲ ਨੂੰ ਇਹ ਪ੍ਰਤੀਤ ਹੁੰ… bbox=[354, 625, 506, 646]
color-dot bbox=[92, 1063, 99, 1070]
table-cell: 1 bbox=[374, 791, 400, 799]
notice-body: ਕੋਈ ਵੀ ਵਿਅਕਤੀ ਜਿਸ ਨੂੰ ਇਸ ਪ੍ਰਾਪਤੀ ਸਬੰਧੀ ਇ… bbox=[28, 735, 180, 745]
total-label: ਕੁੱਲ ਜੋੜ bbox=[393, 269, 427, 277]
notice-body: ਕੋਈ ਵੀ ਵਿਅਕਤੀ ਜਿਸ ਨੂੰ ਇਸ ਪ੍ਰਾਪਤੀ ਸਬੰਧੀ ਇ… bbox=[517, 747, 668, 757]
notice-body: ਹੇਠ ਲਿਖੀ ਅਨੁਸੂਚੀ ਵਿਚ ਦਰਸਾਈ ਜ਼ਮੀਨ ਦਾ ਵੇਰਵ… bbox=[346, 229, 503, 234]
color-dot bbox=[340, 1063, 347, 1070]
notice-ref: ਨੰ. ਲੈਂਡ-ਐਕਿ/1/2026-ਐਚ 1/1177 bbox=[517, 619, 577, 624]
notice-title: ਲਾਜ਼ਮੀ ਪ੍ਰਾਪਤੀ ਨੋਟੀਫ਼ਿਕੇਸ਼ਨ bbox=[346, 73, 503, 80]
masthead-right-photo bbox=[291, 34, 319, 72]
notice-sign-date: ਮਿਤੀ : 02.02.2026 bbox=[354, 829, 390, 834]
cmyk-label: CMYK bbox=[62, 1063, 76, 1069]
notice-body: ਕੋਈ ਵੀ ਵਿਅਕਤੀ ਜਿਸ ਨੂੰ ਇਸ ਪ੍ਰਾਪਤੀ ਸਬੰਧੀ ਇ… bbox=[28, 747, 180, 757]
story2-column: ਪ੍ਰਿੰਸੀਪਲ ਨੇ ਕਿਹਾ ਕਿ ਅਜਿਹੇ ਪ੍ਰੋਗਰਾਮ ਵਿਦਿ… bbox=[242, 327, 320, 557]
table-row: 1ਪਲਾਹੀ6.7131 bbox=[374, 791, 485, 799]
pr-advt-number: PR-Advt. No.-120/1/2/2025-26/67907 bbox=[517, 837, 668, 845]
notice-list-item: ਪ੍ਰਭਾਵਿਤ ਪਰਿਵਾਰਾਂ ਦੀ ਗਿਣਤੀ ਅਤੇ ਨੁਕਸਾਨ ਨੂ… bbox=[527, 690, 668, 695]
notice-ref-row: ਨੰ. ਲੈਂਡ-ਐਕਿ/1/2026-ਐਚ 1/137 ਮਿਤੀ 02.02.… bbox=[516, 81, 668, 86]
registration-crosshair bbox=[318, 1081, 348, 1082]
crop-mark bbox=[14, 4, 15, 18]
table-cell: ਫ਼ੁਗਲਾਣਾ bbox=[393, 261, 427, 269]
color-dot bbox=[348, 1063, 355, 1070]
